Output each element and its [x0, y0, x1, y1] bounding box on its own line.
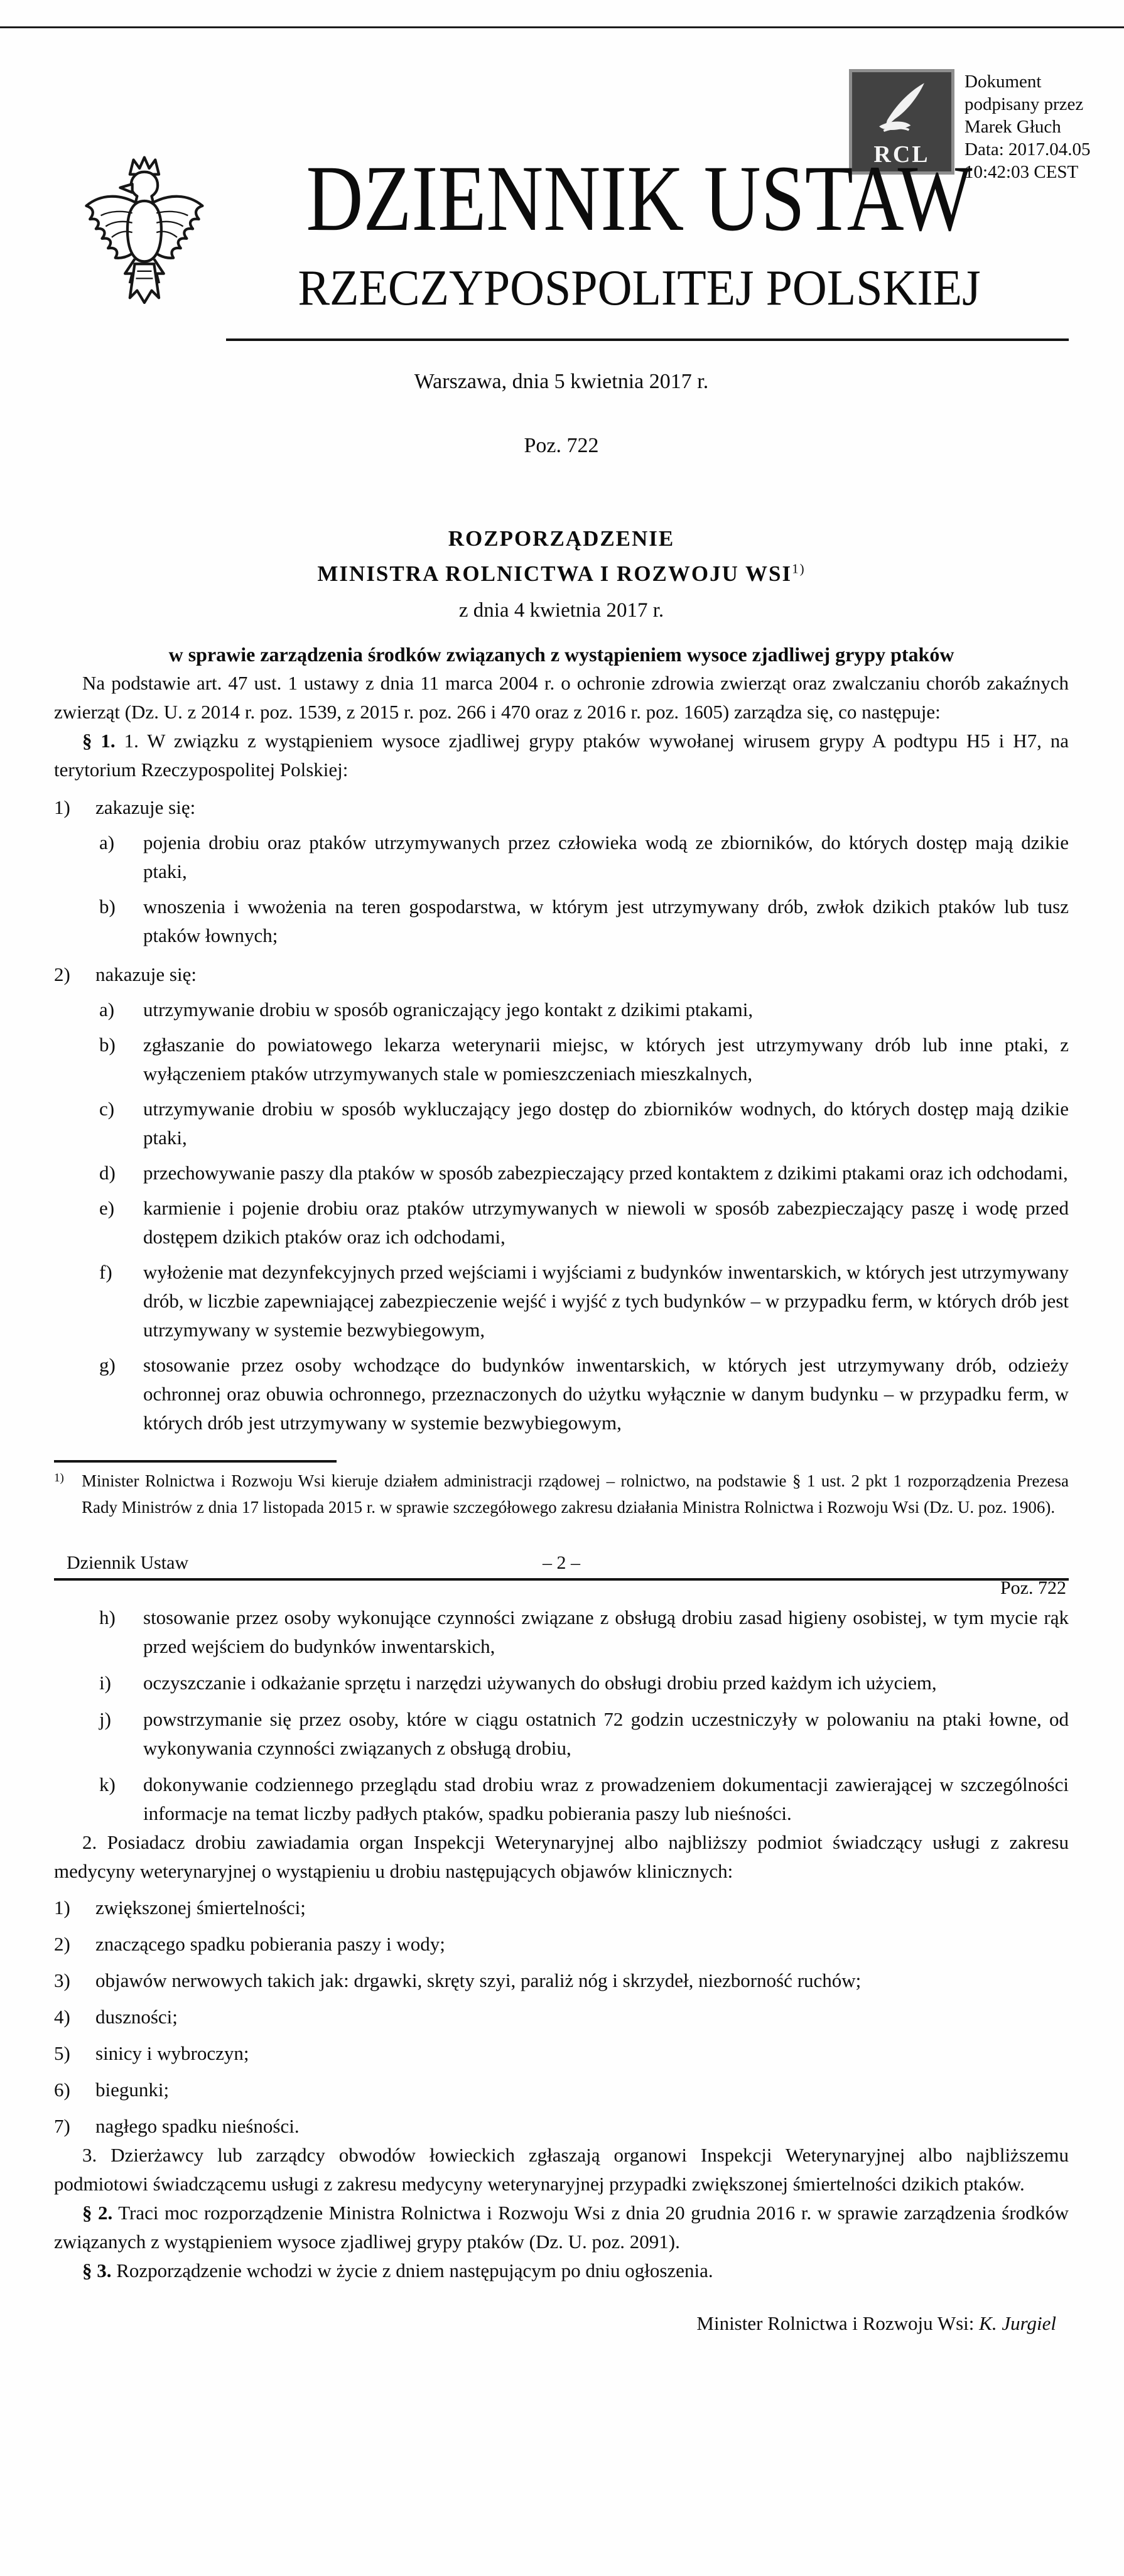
dateline: Warszawa, dnia 5 kwietnia 2017 r.: [54, 367, 1069, 396]
journal-title: DZIENNIK USTAW: [278, 151, 1000, 246]
symptom-point: 3) objawów nerwowych takich jak: drgawki…: [54, 1966, 1069, 1995]
point-number: 3): [54, 1966, 95, 1995]
point-text: sinicy i wybroczyn;: [95, 2039, 1069, 2068]
letter-item: k) dokonywanie codziennego przeglądu sta…: [99, 1770, 1069, 1828]
letter-text: karmienie i pojenie drobiu oraz ptaków u…: [143, 1194, 1069, 1252]
letter-text: powstrzymanie się przez osoby, które w c…: [143, 1705, 1069, 1763]
letter-item: i) oczyszczanie i odkażanie sprzętu i na…: [99, 1669, 1069, 1697]
page-top-rule: [0, 26, 1124, 28]
footnote-rule: [54, 1460, 337, 1463]
symptom-point: 1) zwiększonej śmiertelności;: [54, 1893, 1069, 1922]
letter-text: stosowanie przez osoby wykonujące czynno…: [143, 1603, 1069, 1661]
letter-text: wyłożenie mat dezynfekcyjnych przed wejś…: [143, 1258, 1069, 1345]
ust-2-number: 2.: [82, 1831, 97, 1853]
point-2: 2) nakazuje się:: [54, 960, 1069, 989]
letter-number: b): [99, 1031, 143, 1088]
point-number: 5): [54, 2039, 95, 2068]
masthead-titles: DZIENNIK USTAW RZECZYPOSPOLITEJ POLSKIEJ: [210, 151, 1069, 314]
point-number: 6): [54, 2075, 95, 2104]
letter-item: a) pojenia drobiu oraz ptaków utrzymywan…: [99, 828, 1069, 886]
letter-number: k): [99, 1770, 143, 1828]
footnote: 1) Minister Rolnictwa i Rozwoju Wsi kier…: [54, 1468, 1069, 1520]
letter-text: oczyszczanie i odkażanie sprzętu i narzę…: [143, 1669, 1069, 1697]
letter-text: wnoszenia i wwożenia na teren gospodarst…: [143, 892, 1069, 950]
letter-number: f): [99, 1258, 143, 1345]
footnote-text: Minister Rolnictwa i Rozwoju Wsi kieruje…: [82, 1468, 1069, 1520]
masthead-rule: [226, 338, 1069, 341]
symptom-point: 6) biegunki;: [54, 2075, 1069, 2104]
footnote-marker: 1): [54, 1468, 82, 1520]
running-header-position: Poz. 722: [1000, 1576, 1066, 1601]
paragraph-3-text: Rozporządzenie wchodzi w życie z dniem n…: [116, 2259, 713, 2281]
letter-item: a) utrzymywanie drobiu w sposób ogranicz…: [99, 995, 1069, 1024]
act-subject: w sprawie zarządzenia środków związanych…: [54, 640, 1069, 669]
letter-number: i): [99, 1669, 143, 1697]
letter-item: h) stosowanie przez osoby wykonujące czy…: [99, 1603, 1069, 1661]
paragraph-1-text: 1. W związku z wystąpieniem wysoce zjadl…: [54, 730, 1069, 781]
letter-item: d) przechowywanie paszy dla ptaków w spo…: [99, 1159, 1069, 1188]
point-text: znaczącego spadku pobierania paszy i wod…: [95, 1930, 1069, 1959]
letter-text: utrzymywanie drobiu w sposób ograniczają…: [143, 995, 1069, 1024]
letter-number: j): [99, 1705, 143, 1763]
point-text: nagłego spadku nieśności.: [95, 2112, 1069, 2141]
letter-text: utrzymywanie drobiu w sposób wykluczając…: [143, 1095, 1069, 1152]
position-number: Poz. 722: [54, 431, 1069, 460]
letter-text: pojenia drobiu oraz ptaków utrzymywanych…: [143, 828, 1069, 886]
signature-label: Minister Rolnictwa i Rozwoju Wsi:: [696, 2312, 974, 2334]
letter-item: b) zgłaszanie do powiatowego lekarza wet…: [99, 1031, 1069, 1088]
letter-item: c) utrzymywanie drobiu w sposób wyklucza…: [99, 1095, 1069, 1152]
point-text: zakazuje się:: [95, 793, 1069, 822]
point-number: 2): [54, 1930, 95, 1959]
signature-name: K. Jurgiel: [979, 2312, 1056, 2334]
ust-3-text: Dzierżawcy lub zarządcy obwodów łowiecki…: [54, 2144, 1069, 2195]
point-text: biegunki;: [95, 2075, 1069, 2104]
paragraph-3-lead: § 3.: [82, 2259, 112, 2281]
letter-text: przechowywanie paszy dla ptaków w sposób…: [143, 1159, 1069, 1188]
letter-text: stosowanie przez osoby wchodzące do budy…: [143, 1351, 1069, 1437]
symptom-point: 7) nagłego spadku nieśności.: [54, 2112, 1069, 2141]
paragraph-2-text: Traci moc rozporządzenie Ministra Rolnic…: [54, 2202, 1069, 2253]
letter-number: d): [99, 1159, 143, 1188]
act-issuer: MINISTRA ROLNICTWA I ROZWOJU WSI1): [54, 560, 1069, 588]
letter-item: f) wyłożenie mat dezynfekcyjnych przed w…: [99, 1258, 1069, 1345]
page2-header: Dziennik Ustaw – 2 – Poz. 722: [54, 1550, 1069, 1576]
stamp-line: Dokument: [965, 70, 1091, 93]
point-number: 1): [54, 793, 95, 822]
journal-subtitle: RZECZYPOSPOLITEJ POLSKIEJ: [231, 262, 1047, 314]
ust-3: 3. Dzierżawcy lub zarządcy obwodów łowie…: [54, 2141, 1069, 2199]
running-header-page-number: – 2 –: [54, 1550, 1069, 1576]
letter-item: b) wnoszenia i wwożenia na teren gospoda…: [99, 892, 1069, 950]
running-header-journal: Dziennik Ustaw: [67, 1550, 188, 1576]
document-page: RCL Dokument podpisany przez Marek Głuch…: [0, 0, 1124, 2576]
letter-text: dokonywanie codziennego przeglądu stad d…: [143, 1770, 1069, 1828]
point-text: zwiększonej śmiertelności;: [95, 1893, 1069, 1922]
symptom-point: 2) znaczącego spadku pobierania paszy i …: [54, 1930, 1069, 1959]
polish-eagle-emblem: [77, 149, 210, 328]
point-number: 7): [54, 2112, 95, 2141]
signature-line: Minister Rolnictwa i Rozwoju Wsi: K. Jur…: [54, 2309, 1069, 2338]
symptom-point: 5) sinicy i wybroczyn;: [54, 2039, 1069, 2068]
letter-number: c): [99, 1095, 143, 1152]
point-text: nakazuje się:: [95, 960, 1069, 989]
act-issuer-text: MINISTRA ROLNICTWA I ROZWOJU WSI: [317, 561, 792, 586]
eagle-icon: [77, 149, 210, 320]
stamp-line: Marek Głuch: [965, 116, 1091, 138]
symptom-point: 4) duszności;: [54, 2003, 1069, 2032]
ust-3-number: 3.: [82, 2144, 97, 2166]
point-number: 1): [54, 1893, 95, 1922]
letter-number: a): [99, 995, 143, 1024]
paragraph-2-lead: § 2.: [82, 2202, 112, 2224]
letter-number: e): [99, 1194, 143, 1252]
stamp-line: podpisany przez: [965, 93, 1091, 116]
letter-number: a): [99, 828, 143, 886]
point-1: 1) zakazuje się:: [54, 793, 1069, 822]
preamble: Na podstawie art. 47 ust. 1 ustawy z dni…: [54, 669, 1069, 727]
act-kind: ROZPORZĄDZENIE: [54, 524, 1069, 553]
letter-item: g) stosowanie przez osoby wchodzące do b…: [99, 1351, 1069, 1437]
paragraph-1-lead: § 1.: [82, 730, 116, 752]
letter-number: h): [99, 1603, 143, 1661]
letter-number: b): [99, 892, 143, 950]
act-date: z dnia 4 kwietnia 2017 r.: [54, 596, 1069, 625]
page2-header-rule: [54, 1578, 1069, 1581]
point-number: 2): [54, 960, 95, 989]
paragraph-3: § 3. Rozporządzenie wchodzi w życie z dn…: [54, 2256, 1069, 2285]
letter-number: g): [99, 1351, 143, 1437]
ust-2: 2. Posiadacz drobiu zawiadamia organ Ins…: [54, 1828, 1069, 1886]
point-text: duszności;: [95, 2003, 1069, 2032]
point-number: 4): [54, 2003, 95, 2032]
masthead: DZIENNIK USTAW RZECZYPOSPOLITEJ POLSKIEJ: [77, 149, 1069, 328]
ust-2-text: Posiadacz drobiu zawiadamia organ Inspek…: [54, 1831, 1069, 1882]
letter-item: j) powstrzymanie się przez osoby, które …: [99, 1705, 1069, 1763]
letter-item: e) karmienie i pojenie drobiu oraz ptakó…: [99, 1194, 1069, 1252]
footnote-reference: 1): [792, 561, 806, 576]
quill-icon: [872, 78, 932, 136]
paragraph-1: § 1. 1. W związku z wystąpieniem wysoce …: [54, 727, 1069, 784]
paragraph-2: § 2. Traci moc rozporządzenie Ministra R…: [54, 2199, 1069, 2256]
letter-text: zgłaszanie do powiatowego lekarza wetery…: [143, 1031, 1069, 1088]
point-text: objawów nerwowych takich jak: drgawki, s…: [95, 1966, 1069, 1995]
